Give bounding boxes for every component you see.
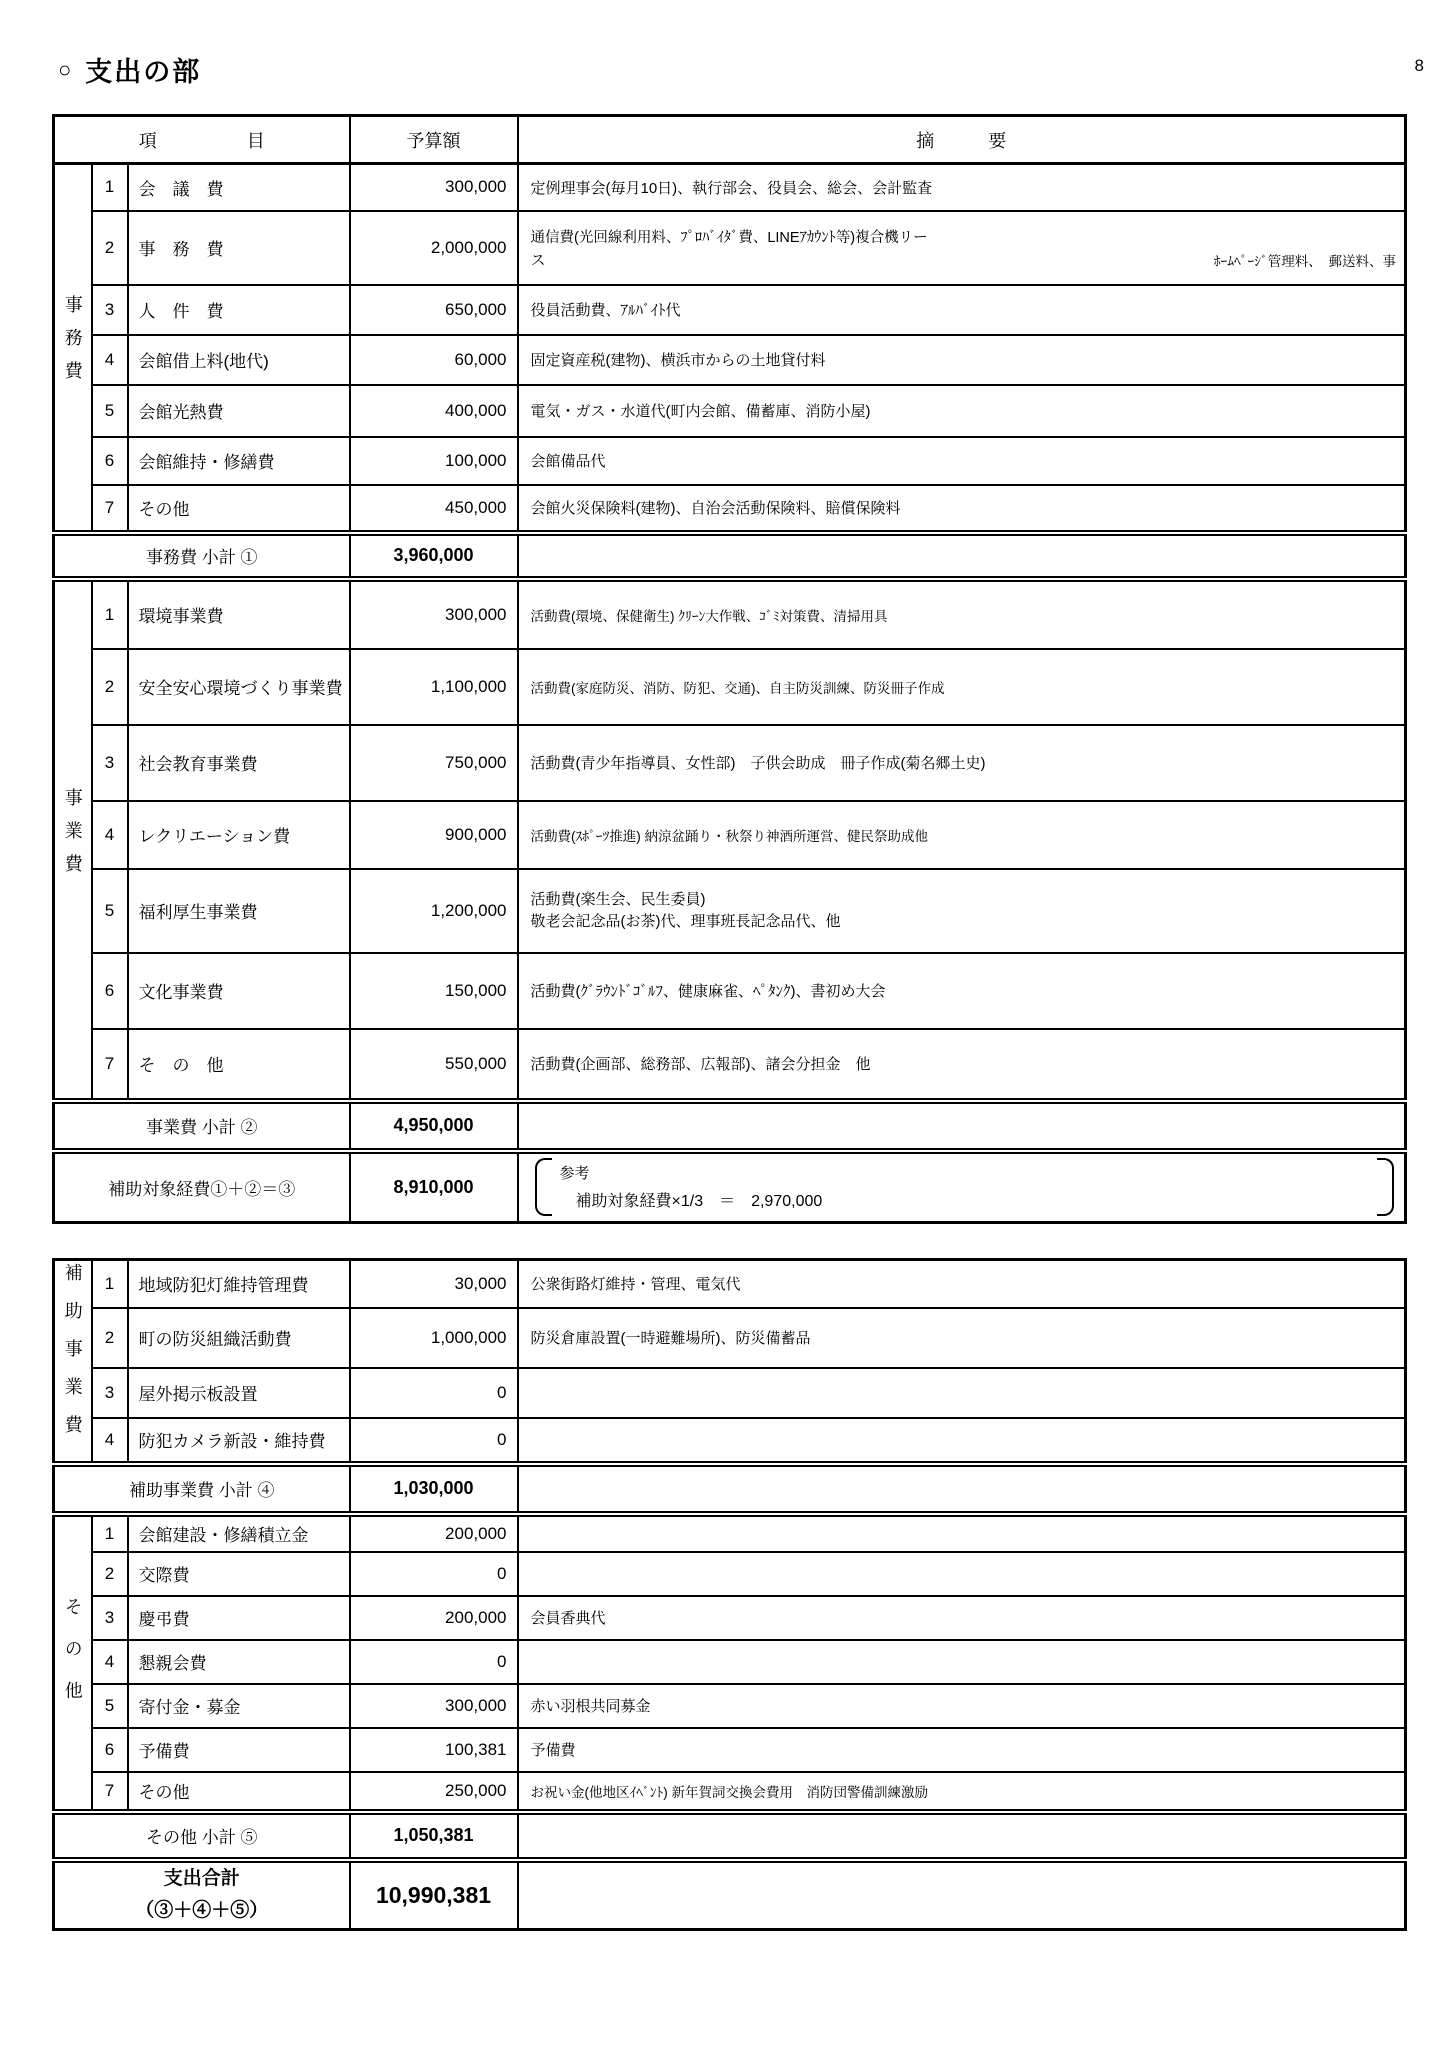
- table-row: 5 福利厚生事業費 1,200,000 活動費(楽生会、民生委員) 敬老会記念品…: [54, 869, 1406, 953]
- cell-remark: [518, 1640, 1406, 1684]
- cell-item: 懇親会費: [128, 1640, 350, 1684]
- cell-remark: [518, 1368, 1406, 1418]
- cell-budget: 1,000,000: [350, 1308, 518, 1368]
- row-number: 6: [92, 953, 128, 1029]
- cell-item: 事 務 費: [128, 211, 350, 285]
- subtotal-value: 3,960,000: [350, 533, 518, 579]
- row-number: 4: [92, 801, 128, 869]
- grand-total-value: 10,990,381: [350, 1860, 518, 1930]
- group-vertical-text: 事務費: [60, 295, 86, 394]
- note-title: 参考: [560, 1162, 1370, 1183]
- subsidy-base-value: 8,910,000: [350, 1151, 518, 1223]
- cell-item: 福利厚生事業費: [128, 869, 350, 953]
- row-number: 7: [92, 485, 128, 533]
- table-row: 事務費 1 会 議 費 300,000 定例理事会(毎月10日)、執行部会、役員…: [54, 164, 1406, 211]
- cell-item: 会 議 費: [128, 164, 350, 211]
- cell-budget: 300,000: [350, 164, 518, 211]
- subtotal-value: 4,950,000: [350, 1101, 518, 1151]
- cell-item: 町の防災組織活動費: [128, 1308, 350, 1368]
- cell-remark: 活動費(環境、保健衛生) ｸﾘｰﾝ大作戦、ｺﾞﾐ対策費、清掃用具: [518, 579, 1406, 649]
- cell-item: 人 件 費: [128, 285, 350, 335]
- cell-remark: [518, 1514, 1406, 1552]
- cell-remark-empty: [518, 1101, 1406, 1151]
- cell-budget: 250,000: [350, 1772, 518, 1812]
- cell-remark: 活動費(家庭防災、消防、防犯、交通)、自主防災訓練、防災冊子作成: [518, 649, 1406, 725]
- subtotal-value: 1,050,381: [350, 1812, 518, 1860]
- remark-line2: ス ﾎｰﾑﾍﾟｰｼﾞ管理料、 郵送料、事: [531, 249, 1405, 270]
- expense-table-secondary: 補助事業費 1 地域防犯灯維持管理費 30,000 公衆街路灯維持・管理、電気代…: [52, 1258, 1407, 1931]
- cell-item: その他: [128, 485, 350, 533]
- grand-total-label-line1: 支出合計: [55, 1863, 349, 1895]
- cell-budget: 1,200,000: [350, 869, 518, 953]
- page-title: 支出の部: [85, 50, 201, 89]
- cell-item: 会館借上料(地代): [128, 335, 350, 385]
- table-row: 7 その他 450,000 会館火災保険料(建物)、自治会活動保険料、賠償保険料: [54, 485, 1406, 533]
- cell-remark: 公衆街路灯維持・管理、電気代: [518, 1260, 1406, 1308]
- cell-remark: 予備費: [518, 1728, 1406, 1772]
- cell-budget: 400,000: [350, 385, 518, 437]
- cell-remark: 会館備品代: [518, 437, 1406, 485]
- table-row: 2 町の防災組織活動費 1,000,000 防災倉庫設置(一時避難場所)、防災備…: [54, 1308, 1406, 1368]
- group-vertical-text: その他: [60, 1597, 86, 1723]
- row-number: 5: [92, 869, 128, 953]
- cell-item: 社会教育事業費: [128, 725, 350, 801]
- group-vertical-text: 補助事業費: [60, 1263, 86, 1453]
- table-row: 4 防犯カメラ新設・維持費 0: [54, 1418, 1406, 1464]
- row-number: 1: [92, 1514, 128, 1552]
- table-row: 7 そ の 他 550,000 活動費(企画部、総務部、広報部)、諸会分担金 他: [54, 1029, 1406, 1101]
- row-number: 3: [92, 725, 128, 801]
- remark-line1: 通信費(光回線利用料、ﾌﾟﾛﾊﾞｲﾀﾞ費、LINEｱｶｳﾝﾄ等)複合機リー: [531, 226, 1405, 247]
- row-number: 3: [92, 1596, 128, 1640]
- row-number: 2: [92, 1552, 128, 1596]
- cell-budget: 300,000: [350, 579, 518, 649]
- row-number: 1: [92, 164, 128, 211]
- reference-note: 参考 補助対象経費×1/3 ＝ 2,970,000: [535, 1158, 1395, 1216]
- cell-remark: 定例理事会(毎月10日)、執行部会、役員会、総会、会計監査: [518, 164, 1406, 211]
- row-number: 3: [92, 285, 128, 335]
- cell-remark: 活動費(青少年指導員、女性部) 子供会助成 冊子作成(菊名郷土史): [518, 725, 1406, 801]
- cell-budget: 1,100,000: [350, 649, 518, 725]
- group-label-hojojigyohi: 補助事業費: [54, 1260, 92, 1464]
- table-header-row: 項 目 予算額 摘 要: [54, 116, 1406, 164]
- cell-budget: 2,000,000: [350, 211, 518, 285]
- subtotal-label: その他 小計 ⑤: [54, 1812, 350, 1860]
- cell-remark: 電気・ガス・水道代(町内会館、備蓄庫、消防小屋): [518, 385, 1406, 437]
- subtotal-row-jimuhi: 事務費 小計 ① 3,960,000: [54, 533, 1406, 579]
- row-number: 2: [92, 1308, 128, 1368]
- grand-total-label: 支出合計 （③＋④＋⑤）: [54, 1860, 350, 1930]
- header-budget: 予算額: [350, 116, 518, 164]
- row-number: 1: [92, 1260, 128, 1308]
- group-label-jigyohi: 事業費: [54, 579, 92, 1101]
- cell-item: そ の 他: [128, 1029, 350, 1101]
- subtotal-label: 事業費 小計 ②: [54, 1101, 350, 1151]
- cell-item: 会館維持・修繕費: [128, 437, 350, 485]
- note-body: 補助対象経費×1/3 ＝ 2,970,000: [560, 1188, 1370, 1211]
- table-row: 6 文化事業費 150,000 活動費(ｸﾞﾗｳﾝﾄﾞｺﾞﾙﾌ、健康麻雀、ﾍﾟﾀ…: [54, 953, 1406, 1029]
- cell-item: 地域防犯灯維持管理費: [128, 1260, 350, 1308]
- cell-item: 安全安心環境づくり事業費: [128, 649, 350, 725]
- header-remarks: 摘 要: [518, 116, 1406, 164]
- table-row: 事業費 1 環境事業費 300,000 活動費(環境、保健衛生) ｸﾘｰﾝ大作戦…: [54, 579, 1406, 649]
- cell-budget: 30,000: [350, 1260, 518, 1308]
- cell-remark: 会員香典代: [518, 1596, 1406, 1640]
- cell-remark-empty: [518, 1812, 1406, 1860]
- row-number: 2: [92, 211, 128, 285]
- cell-remark: 会館火災保険料(建物)、自治会活動保険料、賠償保険料: [518, 485, 1406, 533]
- table-row: 3 人 件 費 650,000 役員活動費、ｱﾙﾊﾞｲﾄ代: [54, 285, 1406, 335]
- cell-remark: 防災倉庫設置(一時避難場所)、防災備蓄品: [518, 1308, 1406, 1368]
- header-item: 項 目: [54, 116, 350, 164]
- remark-line2-left: ス: [531, 249, 546, 270]
- table-row: 補助事業費 1 地域防犯灯維持管理費 30,000 公衆街路灯維持・管理、電気代: [54, 1260, 1406, 1308]
- cell-item: 慶弔費: [128, 1596, 350, 1640]
- page-title-block: ○ 支出の部: [58, 50, 201, 89]
- cell-item: 予備費: [128, 1728, 350, 1772]
- cell-budget: 60,000: [350, 335, 518, 385]
- cell-budget: 300,000: [350, 1684, 518, 1728]
- cell-budget: 0: [350, 1552, 518, 1596]
- cell-budget: 0: [350, 1368, 518, 1418]
- cell-item: 会館光熱費: [128, 385, 350, 437]
- table-row: 4 会館借上料(地代) 60,000 固定資産税(建物)、横浜市からの土地貸付料: [54, 335, 1406, 385]
- cell-item: 屋外掲示板設置: [128, 1368, 350, 1418]
- row-number: 5: [92, 385, 128, 437]
- grand-total-row: 支出合計 （③＋④＋⑤） 10,990,381: [54, 1860, 1406, 1930]
- cell-remark: お祝い金(他地区ｲﾍﾞﾝﾄ) 新年賀詞交換会費用 消防団警備訓練激励: [518, 1772, 1406, 1812]
- row-number: 2: [92, 649, 128, 725]
- remark-line1: 活動費(楽生会、民生委員): [531, 889, 1405, 911]
- cell-item: 環境事業費: [128, 579, 350, 649]
- group-vertical-text: 事業費: [60, 788, 86, 887]
- table-row: 2 事 務 費 2,000,000 通信費(光回線利用料、ﾌﾟﾛﾊﾞｲﾀﾞ費、L…: [54, 211, 1406, 285]
- table-row: 3 屋外掲示板設置 0: [54, 1368, 1406, 1418]
- cell-remark: 活動費(楽生会、民生委員) 敬老会記念品(お茶)代、理事班長記念品代、他: [518, 869, 1406, 953]
- cell-remark: 役員活動費、ｱﾙﾊﾞｲﾄ代: [518, 285, 1406, 335]
- row-number: 4: [92, 1418, 128, 1464]
- row-number: 7: [92, 1029, 128, 1101]
- remark-line2: 敬老会記念品(お茶)代、理事班長記念品代、他: [531, 911, 1405, 933]
- table-row: 3 慶弔費 200,000 会員香典代: [54, 1596, 1406, 1640]
- row-number: 4: [92, 335, 128, 385]
- table-row: 5 寄付金・募金 300,000 赤い羽根共同募金: [54, 1684, 1406, 1728]
- subsidy-base-label: 補助対象経費①＋②＝③: [54, 1151, 350, 1223]
- cell-item: 寄付金・募金: [128, 1684, 350, 1728]
- table-row: 5 会館光熱費 400,000 電気・ガス・水道代(町内会館、備蓄庫、消防小屋): [54, 385, 1406, 437]
- table-row: 6 予備費 100,381 予備費: [54, 1728, 1406, 1772]
- cell-remark: 活動費(ｸﾞﾗｳﾝﾄﾞｺﾞﾙﾌ、健康麻雀、ﾍﾟﾀﾝｸ)、書初め大会: [518, 953, 1406, 1029]
- cell-item: 防犯カメラ新設・維持費: [128, 1418, 350, 1464]
- page-number: 8: [1415, 56, 1424, 76]
- table-row: 6 会館維持・修繕費 100,000 会館備品代: [54, 437, 1406, 485]
- subtotal-value: 1,030,000: [350, 1464, 518, 1514]
- cell-remark: [518, 1552, 1406, 1596]
- cell-remark: 固定資産税(建物)、横浜市からの土地貸付料: [518, 335, 1406, 385]
- cell-budget: 550,000: [350, 1029, 518, 1101]
- row-number: 5: [92, 1684, 128, 1728]
- row-number: 6: [92, 437, 128, 485]
- cell-remark: 活動費(企画部、総務部、広報部)、諸会分担金 他: [518, 1029, 1406, 1101]
- cell-budget: 150,000: [350, 953, 518, 1029]
- cell-budget: 100,381: [350, 1728, 518, 1772]
- cell-remark-empty: [518, 1860, 1406, 1930]
- subtotal-row-jigyohi: 事業費 小計 ② 4,950,000: [54, 1101, 1406, 1151]
- row-number: 1: [92, 579, 128, 649]
- row-number: 3: [92, 1368, 128, 1418]
- cell-remark: 通信費(光回線利用料、ﾌﾟﾛﾊﾞｲﾀﾞ費、LINEｱｶｳﾝﾄ等)複合機リー ス …: [518, 211, 1406, 285]
- subtotal-label: 事務費 小計 ①: [54, 533, 350, 579]
- table-row: 2 安全安心環境づくり事業費 1,100,000 活動費(家庭防災、消防、防犯、…: [54, 649, 1406, 725]
- cell-item: その他: [128, 1772, 350, 1812]
- table-row: 2 交際費 0: [54, 1552, 1406, 1596]
- cell-remark-empty: [518, 1464, 1406, 1514]
- cell-remark: 参考 補助対象経費×1/3 ＝ 2,970,000: [518, 1151, 1406, 1223]
- note-bracket-right: [1377, 1158, 1394, 1216]
- table-row: 4 懇親会費 0: [54, 1640, 1406, 1684]
- row-number: 4: [92, 1640, 128, 1684]
- title-circle-marker: ○: [58, 57, 71, 83]
- cell-budget: 900,000: [350, 801, 518, 869]
- cell-remark: [518, 1418, 1406, 1464]
- cell-remark: 活動費(ｽﾎﾟｰﾂ推進) 納涼盆踊り・秋祭り神酒所運営、健民祭助成他: [518, 801, 1406, 869]
- group-label-jimuhi: 事務費: [54, 164, 92, 533]
- table-row: 7 その他 250,000 お祝い金(他地区ｲﾍﾞﾝﾄ) 新年賀詞交換会費用 消…: [54, 1772, 1406, 1812]
- table-row: 4 レクリエーション費 900,000 活動費(ｽﾎﾟｰﾂ推進) 納涼盆踊り・秋…: [54, 801, 1406, 869]
- cell-budget: 650,000: [350, 285, 518, 335]
- subtotal-row-sonota: その他 小計 ⑤ 1,050,381: [54, 1812, 1406, 1860]
- cell-budget: 0: [350, 1418, 518, 1464]
- cell-budget: 200,000: [350, 1596, 518, 1640]
- row-number: 6: [92, 1728, 128, 1772]
- cell-budget: 0: [350, 1640, 518, 1684]
- expense-table-main: 項 目 予算額 摘 要 事務費 1 会 議 費 300,000 定例理事会(毎月…: [52, 114, 1407, 1224]
- cell-remark: 赤い羽根共同募金: [518, 1684, 1406, 1728]
- cell-remark-empty: [518, 533, 1406, 579]
- subsidy-base-row: 補助対象経費①＋②＝③ 8,910,000 参考 補助対象経費×1/3 ＝ 2,…: [54, 1151, 1406, 1223]
- note-content: 参考 補助対象経費×1/3 ＝ 2,970,000: [552, 1158, 1378, 1216]
- table-row: 3 社会教育事業費 750,000 活動費(青少年指導員、女性部) 子供会助成 …: [54, 725, 1406, 801]
- grand-total-label-line2: （③＋④＋⑤）: [55, 1895, 349, 1927]
- subtotal-label: 補助事業費 小計 ④: [54, 1464, 350, 1514]
- subtotal-row-hojojigyohi: 補助事業費 小計 ④ 1,030,000: [54, 1464, 1406, 1514]
- cell-item: 交際費: [128, 1552, 350, 1596]
- table-row: その他 1 会館建設・修繕積立金 200,000: [54, 1514, 1406, 1552]
- remark-line2-right: ﾎｰﾑﾍﾟｰｼﾞ管理料、 郵送料、事: [1214, 250, 1396, 270]
- cell-item: レクリエーション費: [128, 801, 350, 869]
- note-bracket-left: [535, 1158, 552, 1216]
- group-label-sonota: その他: [54, 1514, 92, 1812]
- cell-budget: 750,000: [350, 725, 518, 801]
- cell-budget: 200,000: [350, 1514, 518, 1552]
- cell-item: 文化事業費: [128, 953, 350, 1029]
- row-number: 7: [92, 1772, 128, 1812]
- cell-item: 会館建設・修繕積立金: [128, 1514, 350, 1552]
- cell-budget: 450,000: [350, 485, 518, 533]
- cell-budget: 100,000: [350, 437, 518, 485]
